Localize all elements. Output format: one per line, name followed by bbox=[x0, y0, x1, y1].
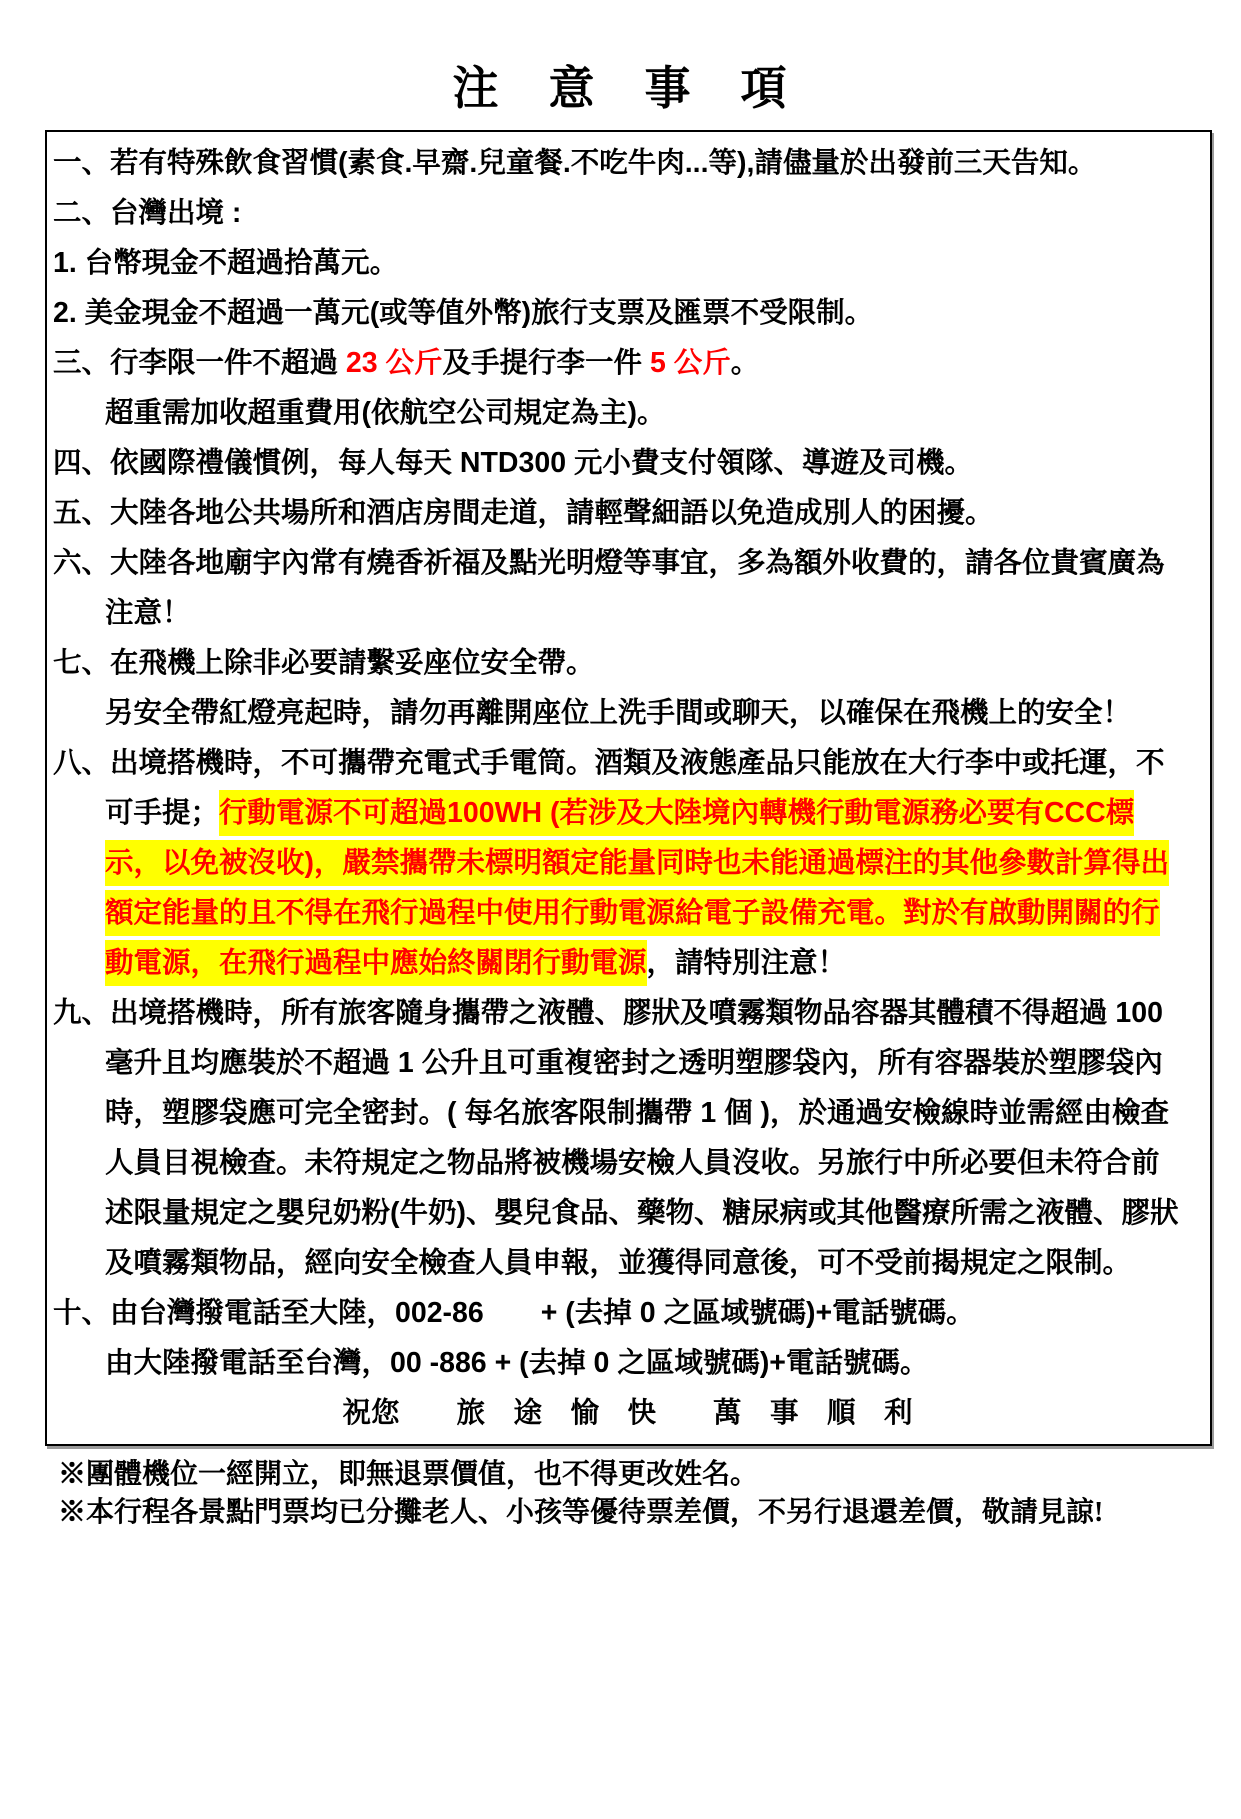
notice-line: 八、出境搭機時，不可攜帶充電式手電筒。酒類及液態產品只能放在大行李中或托運，不 bbox=[53, 738, 1202, 788]
notice-line: 注意！ bbox=[53, 588, 1202, 638]
text-segment: 超重需加收超重費用(依航空公司規定為主)。 bbox=[105, 397, 665, 429]
text-segment: 述限量規定之嬰兒奶粉(牛奶)、嬰兒食品、藥物、糖尿病或其他醫療所需之液體、膠狀 bbox=[105, 1197, 1178, 1229]
notice-line: 祝您 旅 途 愉 快 萬 事 順 利 bbox=[53, 1388, 1202, 1438]
text-segment: 另安全帶紅燈亮起時，請勿再離開座位上洗手間或聊天，以確保在飛機上的安全！ bbox=[105, 697, 1131, 729]
notice-line: 四、依國際禮儀慣例，每人每天 NTD300 元小費支付領隊、導遊及司機。 bbox=[53, 438, 1202, 488]
notice-line: 可手提；行動電源不可超過100WH (若涉及大陸境內轉機行動電源務必要有CCC標 bbox=[53, 788, 1202, 838]
text-segment: 祝您 旅 途 愉 快 萬 事 順 利 bbox=[342, 1397, 912, 1429]
text-segment: 二、台灣出境 : bbox=[53, 197, 241, 229]
text-segment: 由大陸撥電話至台灣，00 -886 + (去掉 0 之區域號碼)+電話號碼。 bbox=[105, 1347, 928, 1379]
text-segment: ，請特別注意！ bbox=[647, 947, 847, 979]
notice-line: 一、若有特殊飲食習慣(素食.早齋.兒童餐.不吃牛肉...等),請儘量於出發前三天… bbox=[53, 138, 1202, 188]
text-segment: 可手提； bbox=[105, 797, 219, 829]
text-segment: 六、大陸各地廟宇內常有燒香祈福及點光明燈等事宜，多為額外收費的，請各位貴賓廣為 bbox=[53, 547, 1165, 579]
notice-line: 七、在飛機上除非必要請繫妥座位安全帶。 bbox=[53, 638, 1202, 688]
notice-line: 毫升且均應裝於不超過 1 公升且可重複密封之透明塑膠袋內，所有容器裝於塑膠袋內 bbox=[53, 1038, 1202, 1088]
notice-line: 額定能量的且不得在飛行過程中使用行動電源給電子設備充電。對於有啟動開關的行 bbox=[53, 888, 1202, 938]
footnote-line: ※本行程各景點門票均已分攤老人、小孩等優待票差價，不另行退還差價，敬請見諒! bbox=[58, 1494, 1241, 1532]
notice-line: 五、大陸各地公共場所和酒店房間走道，請輕聲細語以免造成別人的困擾。 bbox=[53, 488, 1202, 538]
text-segment: 行動電源不可超過100WH (若涉及大陸境內轉機行動電源務必要有CCC標 bbox=[219, 790, 1134, 836]
text-segment: 動電源，在飛行過程中應始終關閉行動電源 bbox=[105, 940, 647, 986]
notice-line: 十、由台灣撥電話至大陸，002-86 + (去掉 0 之區域號碼)+電話號碼。 bbox=[53, 1288, 1202, 1338]
notice-line: 1. 台幣現金不超過拾萬元。 bbox=[53, 238, 1202, 288]
notice-line: 時，塑膠袋應可完全密封。( 每名旅客限制攜帶 1 個 )，於通過安檢線時並需經由… bbox=[53, 1088, 1202, 1138]
notice-line: 由大陸撥電話至台灣，00 -886 + (去掉 0 之區域號碼)+電話號碼。 bbox=[53, 1338, 1202, 1388]
text-segment: 四、依國際禮儀慣例，每人每天 NTD300 元小費支付領隊、導遊及司機。 bbox=[53, 447, 973, 479]
notice-lines: 一、若有特殊飲食習慣(素食.早齋.兒童餐.不吃牛肉...等),請儘量於出發前三天… bbox=[53, 138, 1202, 1438]
notice-line: 二、台灣出境 : bbox=[53, 188, 1202, 238]
notice-line: 另安全帶紅燈亮起時，請勿再離開座位上洗手間或聊天，以確保在飛機上的安全！ bbox=[53, 688, 1202, 738]
notice-line: 述限量規定之嬰兒奶粉(牛奶)、嬰兒食品、藥物、糖尿病或其他醫療所需之液體、膠狀 bbox=[53, 1188, 1202, 1238]
notice-line: 超重需加收超重費用(依航空公司規定為主)。 bbox=[53, 388, 1202, 438]
text-segment: 五、大陸各地公共場所和酒店房間走道，請輕聲細語以免造成別人的困擾。 bbox=[53, 497, 994, 529]
text-segment: 七、在飛機上除非必要請繫妥座位安全帶。 bbox=[53, 647, 595, 679]
notice-box: 一、若有特殊飲食習慣(素食.早齋.兒童餐.不吃牛肉...等),請儘量於出發前三天… bbox=[45, 130, 1212, 1446]
text-segment: 23 公斤 bbox=[346, 347, 443, 379]
text-segment: 5 公斤 bbox=[650, 347, 731, 379]
text-segment: 三、行李限一件不超過 bbox=[53, 347, 346, 379]
text-segment: 十、由台灣撥電話至大陸，002-86 + (去掉 0 之區域號碼)+電話號碼。 bbox=[53, 1297, 975, 1329]
notice-line: 九、出境搭機時，所有旅客隨身攜帶之液體、膠狀及噴霧類物品容器其體積不得超過 10… bbox=[53, 988, 1202, 1038]
text-segment: 及手提行李一件 bbox=[443, 347, 650, 379]
text-segment: 。 bbox=[731, 347, 760, 379]
footnotes: ※團體機位一經開立，即無退票價值，也不得更改姓名。 ※本行程各景點門票均已分攤老… bbox=[58, 1456, 1241, 1532]
notice-line: 三、行李限一件不超過 23 公斤及手提行李一件 5 公斤。 bbox=[53, 338, 1202, 388]
text-segment: 示，以免被沒收)，嚴禁攜帶未標明額定能量同時也未能通過標注的其他參數計算得出 bbox=[105, 840, 1169, 886]
text-segment: 一、若有特殊飲食習慣(素食.早齋.兒童餐.不吃牛肉...等),請儘量於出發前三天… bbox=[53, 147, 1096, 179]
text-segment: 九、出境搭機時，所有旅客隨身攜帶之液體、膠狀及噴霧類物品容器其體積不得超過 10… bbox=[53, 997, 1163, 1029]
footnote-line: ※團體機位一經開立，即無退票價值，也不得更改姓名。 bbox=[58, 1456, 1241, 1494]
text-segment: 及噴霧類物品，經向安全檢查人員申報，並獲得同意後，可不受前揭規定之限制。 bbox=[105, 1247, 1131, 1279]
text-segment: 時，塑膠袋應可完全密封。( 每名旅客限制攜帶 1 個 )，於通過安檢線時並需經由… bbox=[105, 1097, 1169, 1129]
notice-line: 示，以免被沒收)，嚴禁攜帶未標明額定能量同時也未能通過標注的其他參數計算得出 bbox=[53, 838, 1202, 888]
text-segment: 2. 美金現金不超過一萬元(或等值外幣)旅行支票及匯票不受限制。 bbox=[53, 297, 873, 329]
page-title: 注 意 事 項 bbox=[0, 64, 1241, 112]
text-segment: 人員目視檢查。未符規定之物品將被機場安檢人員沒收。另旅行中所必要但未符合前 bbox=[105, 1147, 1160, 1179]
text-segment: 額定能量的且不得在飛行過程中使用行動電源給電子設備充電。對於有啟動開關的行 bbox=[105, 890, 1160, 936]
text-segment: 注意！ bbox=[105, 597, 191, 629]
notice-line: 及噴霧類物品，經向安全檢查人員申報，並獲得同意後，可不受前揭規定之限制。 bbox=[53, 1238, 1202, 1288]
notice-line: 2. 美金現金不超過一萬元(或等值外幣)旅行支票及匯票不受限制。 bbox=[53, 288, 1202, 338]
text-segment: 1. 台幣現金不超過拾萬元。 bbox=[53, 247, 398, 279]
notice-line: 六、大陸各地廟宇內常有燒香祈福及點光明燈等事宜，多為額外收費的，請各位貴賓廣為 bbox=[53, 538, 1202, 588]
text-segment: 毫升且均應裝於不超過 1 公升且可重複密封之透明塑膠袋內，所有容器裝於塑膠袋內 bbox=[105, 1047, 1163, 1079]
notice-line: 動電源，在飛行過程中應始終關閉行動電源，請特別注意！ bbox=[53, 938, 1202, 988]
text-segment: 八、出境搭機時，不可攜帶充電式手電筒。酒類及液態產品只能放在大行李中或托運，不 bbox=[53, 747, 1165, 779]
notice-line: 人員目視檢查。未符規定之物品將被機場安檢人員沒收。另旅行中所必要但未符合前 bbox=[53, 1138, 1202, 1188]
